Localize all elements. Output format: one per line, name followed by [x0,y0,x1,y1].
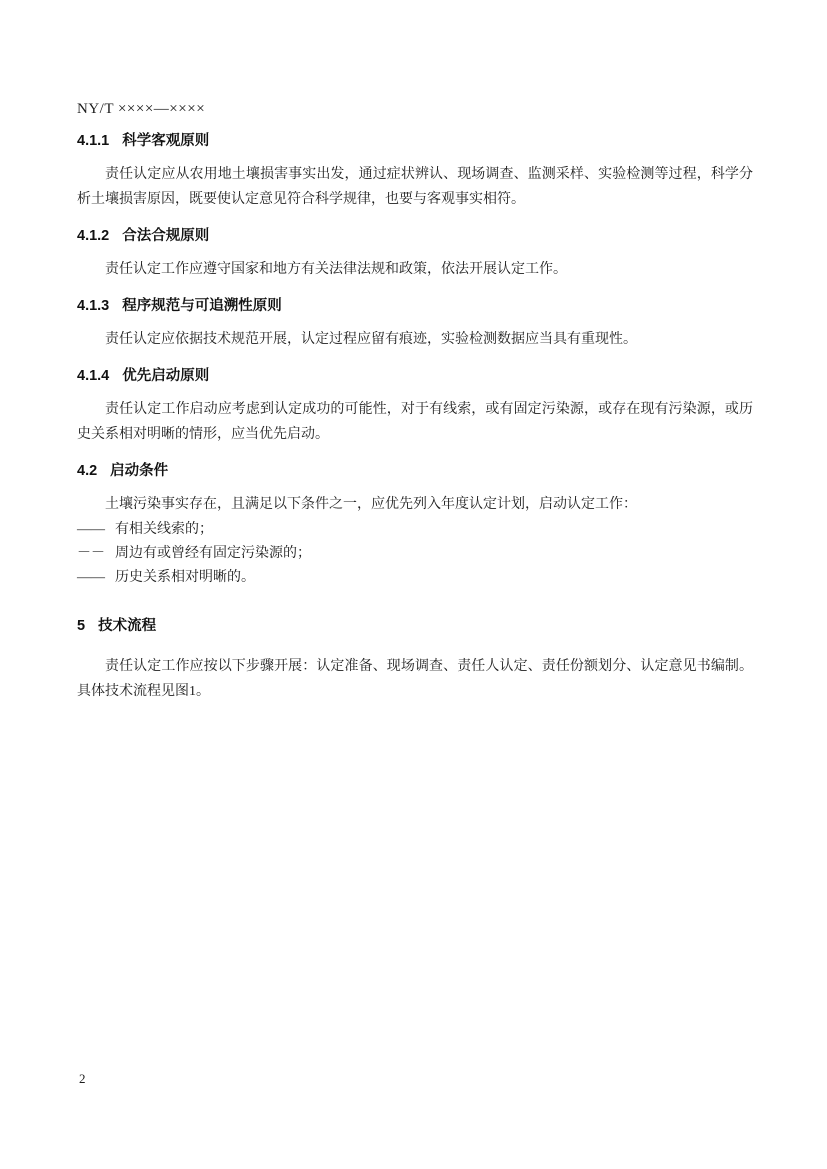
section-title: 优先启动原则 [122,368,209,384]
section-number: 5 [77,617,85,635]
section-title: 程序规范与可追溯性原则 [122,298,282,314]
list-item-text: 周边有或曾经有固定污染源的； [115,546,311,561]
document-content: NY/T ××××—×××× 4.1.1科学客观原则 责任认定应从农用地土壤损害… [77,101,753,704]
section-title: 合法合规原则 [122,228,209,244]
section-heading-5: 5技术流程 [77,617,753,635]
list-item: ——有相关线索的； [77,518,753,542]
section-title: 启动条件 [110,463,168,479]
dash-bullet: —— [77,518,105,542]
list-item-text: 有相关线索的； [115,522,213,537]
section-paragraph-4-1-4: 责任认定工作启动应考虑到认定成功的可能性，对于有线索，或有固定污染源，或存在现有… [77,397,753,447]
standard-code-header: NY/T ××××—×××× [77,101,753,117]
section-title: 技术流程 [98,618,156,634]
section-heading-4-1-4: 4.1.4优先启动原则 [77,367,753,385]
section-heading-4-2: 4.2启动条件 [77,462,753,480]
section-paragraph-4-1-1: 责任认定应从农用地土壤损害事实出发，通过症状辨认、现场调查、监测采样、实验检测等… [77,162,753,212]
section-heading-4-1-1: 4.1.1科学客观原则 [77,132,753,150]
dash-bullet: －－ [77,542,105,566]
page-number: 2 [79,1071,86,1087]
list-item-text: 历史关系相对明晰的。 [115,570,255,585]
section-paragraph-4-1-2: 责任认定工作应遵守国家和地方有关法律法规和政策，依法开展认定工作。 [77,257,753,282]
section-paragraph-4-1-3: 责任认定应依据技术规范开展，认定过程应留有痕迹，实验检测数据应当具有重现性。 [77,327,753,352]
section-title: 科学客观原则 [122,133,209,149]
section-number: 4.2 [77,462,97,480]
document-page: NY/T ××××—×××× 4.1.1科学客观原则 责任认定应从农用地土壤损害… [0,0,827,1169]
dash-bullet: —— [77,566,105,590]
section-number: 4.1.4 [77,367,109,385]
section-number: 4.1.1 [77,132,109,150]
section-number: 4.1.2 [77,227,109,245]
section-number: 4.1.3 [77,297,109,315]
start-conditions-list: ——有相关线索的； －－周边有或曾经有固定污染源的； ——历史关系相对明晰的。 [77,518,753,590]
list-item: －－周边有或曾经有固定污染源的； [77,542,753,566]
section-paragraph-5: 责任认定工作应按以下步骤开展：认定准备、现场调查、责任人认定、责任份额划分、认定… [77,654,753,704]
section-paragraph-4-2: 土壤污染事实存在，且满足以下条件之一，应优先列入年度认定计划，启动认定工作： [77,492,753,517]
section-heading-4-1-3: 4.1.3程序规范与可追溯性原则 [77,297,753,315]
list-item: ——历史关系相对明晰的。 [77,566,753,590]
section-heading-4-1-2: 4.1.2合法合规原则 [77,227,753,245]
